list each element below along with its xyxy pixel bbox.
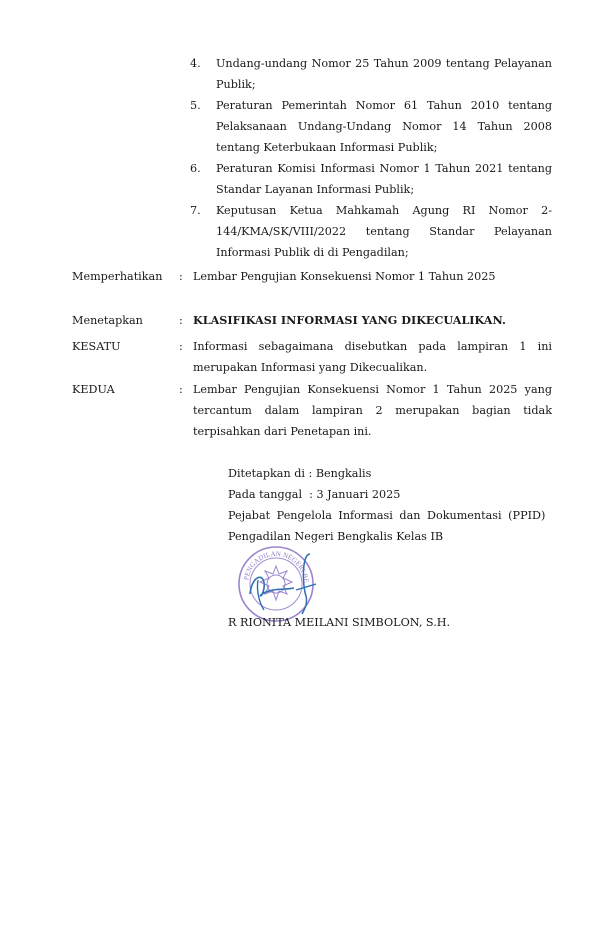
kesatu-row: KESATU : Informasi sebagaimana disebutka… [72, 336, 552, 378]
colon: : [179, 266, 193, 287]
kedua-value: Lembar Pengujian Konsekuensi Nomor 1 Tah… [193, 379, 552, 442]
memperhatikan-value: Lembar Pengujian Konsekuensi Nomor 1 Tah… [193, 266, 552, 287]
colon: : [179, 310, 193, 331]
memperhatikan-row: Memperhatikan : Lembar Pengujian Konseku… [72, 266, 552, 287]
kedua-label: KEDUA [72, 379, 179, 442]
document-page: 4. Undang-undang Nomor 25 Tahun 2009 ten… [0, 0, 595, 936]
menetapkan-row: Menetapkan : KLASIFIKASI INFORMASI YANG … [72, 310, 552, 331]
date-line: Pada tanggal : 3 Januari 2025 [228, 484, 554, 505]
menetapkan-label: Menetapkan [72, 310, 179, 331]
position-line-1: Pejabat Pengelola Informasi dan Dokument… [228, 505, 554, 526]
list-item: 5. Peraturan Pemerintah Nomor 61 Tahun 2… [190, 95, 552, 158]
kesatu-value: Informasi sebagaimana disebutkan pada la… [193, 336, 552, 378]
list-number: 6. [190, 158, 216, 200]
colon: : [179, 336, 193, 378]
list-item: 6. Peraturan Komisi Informasi Nomor 1 Ta… [190, 158, 552, 200]
signature-block: Ditetapkan di : Bengkalis Pada tanggal :… [228, 463, 554, 547]
list-number: 4. [190, 53, 216, 95]
colon: : [179, 379, 193, 442]
kesatu-label: KESATU [72, 336, 179, 378]
svg-text:PENGADILAN NEGERI BENGKALIS: PENGADILAN NEGERI BENGKALIS [236, 544, 310, 583]
kedua-row: KEDUA : Lembar Pengujian Konsekuensi Nom… [72, 379, 552, 442]
list-text: Peraturan Komisi Informasi Nomor 1 Tahun… [216, 158, 552, 200]
signatory-name: R RIONITA MEILANI SIMBOLON, S.H. [228, 612, 450, 633]
list-text: Peraturan Pemerintah Nomor 61 Tahun 2010… [216, 95, 552, 158]
legal-basis-list: 4. Undang-undang Nomor 25 Tahun 2009 ten… [190, 53, 552, 263]
list-text: Undang-undang Nomor 25 Tahun 2009 tentan… [216, 53, 552, 95]
list-number: 5. [190, 95, 216, 158]
list-item: 4. Undang-undang Nomor 25 Tahun 2009 ten… [190, 53, 552, 95]
memperhatikan-label: Memperhatikan [72, 266, 179, 287]
list-item: 7. Keputusan Ketua Mahkamah Agung RI Nom… [190, 200, 552, 263]
menetapkan-value: KLASIFIKASI INFORMASI YANG DIKECUALIKAN. [193, 310, 552, 331]
place-line: Ditetapkan di : Bengkalis [228, 463, 554, 484]
list-text: Keputusan Ketua Mahkamah Agung RI Nomor … [216, 200, 552, 263]
list-number: 7. [190, 200, 216, 263]
